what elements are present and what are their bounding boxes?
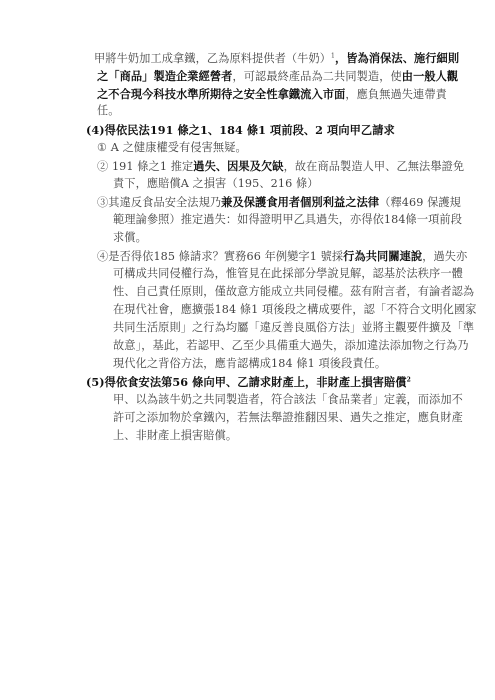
section-3b (0, 0, 495, 688)
